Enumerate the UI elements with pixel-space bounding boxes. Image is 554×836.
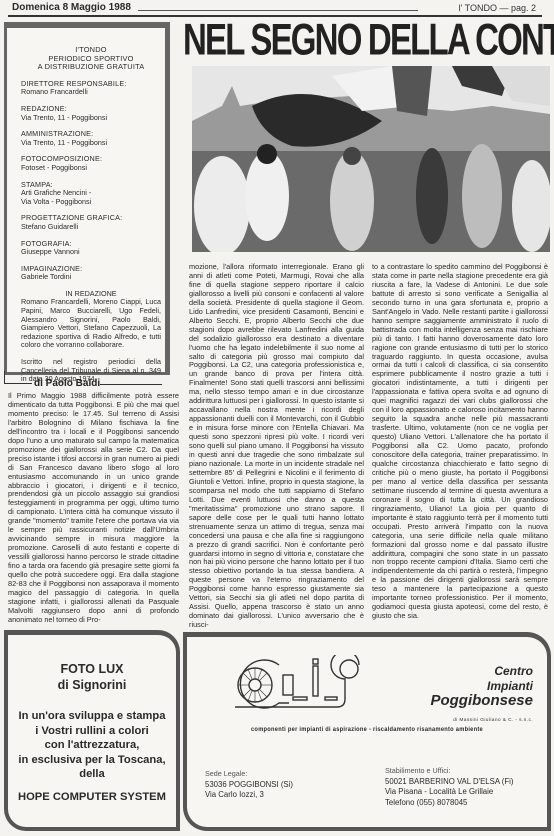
- section-value: Gabriele Tordini: [21, 273, 161, 282]
- masthead-photography: FOTOGRAFIA: Giuseppe Vannoni: [21, 240, 161, 257]
- cip-legal-address: Sede Legale: 53036 POGGIBONSI (Si) Via C…: [205, 769, 293, 801]
- section-value: Via Trento, 11 - Poggibonsi: [21, 114, 161, 123]
- page-number: l' TONDO — pag. 2: [459, 3, 536, 13]
- article-column-1: Il Primo Maggio 1988 difficilmente potrà…: [8, 392, 179, 625]
- headline: NEL SEGNO DELLA CONTINUITÀ: [183, 14, 553, 65]
- address-line: Via Pisana - Località Le Grillaie: [385, 787, 513, 798]
- cip-advertisement: Centro Impianti Poggibonsese di Massini …: [183, 632, 551, 831]
- ad-body-line: in esclusiva per la Toscana,: [8, 753, 176, 768]
- byline-rule-left: [4, 383, 32, 384]
- photo-illustration: [192, 66, 550, 252]
- address-label: Stabilimento e Uffici:: [385, 766, 513, 777]
- ad-body-line: della: [8, 767, 176, 782]
- ad-brand: HOPE COMPUTER SYSTEM: [8, 791, 176, 803]
- ad-body-line: In un'ora sviluppa e stampa: [8, 709, 176, 724]
- masthead-director: DIRETTORE RESPONSABILE: Romano Francarde…: [21, 80, 161, 97]
- article-column-2: mozione, l'allora riformato interregiona…: [189, 263, 364, 630]
- cip-company-name: Centro Impianti Poggibonsese: [430, 664, 533, 709]
- phone-number: Telefono (055) 8078045: [385, 798, 513, 809]
- section-value: Via Trento, 11 - Poggibonsi: [21, 139, 161, 148]
- section-value: Fotoset - Poggibonsi: [21, 164, 161, 173]
- header-divider: [138, 10, 418, 11]
- cip-name-line: Centro: [430, 664, 533, 679]
- fotolux-advertisement: FOTO LUX di Signorini In un'ora sviluppa…: [4, 630, 180, 831]
- masthead-typesetting: FOTOCOMPOSIZIONE: Fotoset - Poggibonsi: [21, 155, 161, 172]
- masthead-layout: IMPAGINAZIONE: Gabriele Tordini: [21, 265, 161, 282]
- ad-body-line: i Vostri rullini a colori: [8, 724, 176, 739]
- section-value: Arti Grafiche Nencini - Via Volta - Pogg…: [21, 189, 161, 206]
- cip-plant-address: Stabilimento e Uffici: 50021 BARBERINO V…: [385, 766, 513, 808]
- address-line: 50021 BARBERINO VAL D'ELSA (Fi): [385, 777, 513, 788]
- byline-rule-right: [100, 384, 162, 385]
- cip-name-line: Impianti: [430, 679, 533, 694]
- byline: di Paolo Baldi: [34, 378, 100, 389]
- address-line: Via Carlo Iozzi, 3: [205, 790, 293, 801]
- issue-date: Domenica 8 Maggio 1988: [12, 2, 131, 13]
- address-label: Sede Legale:: [205, 769, 293, 780]
- ad-business-name: FOTO LUX: [8, 661, 176, 677]
- masthead-box: I'TONDO PERIODICO SPORTIVO A DISTRIBUZIO…: [4, 22, 170, 375]
- masthead-printing: STAMPA: Arti Grafiche Nencini - Via Volt…: [21, 181, 161, 207]
- address-line: 53036 POGGIBONSI (Si): [205, 780, 293, 791]
- ad-body-line: con l'attrezzatura,: [8, 738, 176, 753]
- masthead-title: I'TONDO PERIODICO SPORTIVO A DISTRIBUZIO…: [21, 46, 161, 72]
- cip-tagline: componenti per impianti di aspirazione -…: [201, 726, 532, 733]
- section-value: Stefano Guidarelli: [21, 223, 161, 232]
- section-value: Giuseppe Vannoni: [21, 248, 161, 257]
- crowd-with-flags-photo: [192, 66, 550, 252]
- section-value: Romano Francardelli: [21, 88, 161, 97]
- article-column-3: to a contrastare lo spedito cammino del …: [372, 263, 548, 621]
- in-redazione-text: Romano Francardelli, Moreno Ciappi, Luca…: [21, 298, 161, 350]
- masthead-editorial: REDAZIONE: Via Trento, 11 - Poggibonsi: [21, 105, 161, 122]
- byline-rule-left: [4, 371, 5, 383]
- cip-logo-fan-icon: [227, 655, 367, 715]
- ad-business-owner: di Signorini: [8, 677, 176, 693]
- cip-owner: di Massini Giuliano & C. - s.n.c.: [453, 718, 533, 723]
- ad-body: In un'ora sviluppa e stampa i Vostri rul…: [8, 709, 176, 782]
- masthead-administration: AMMINISTRAZIONE: Via Trento, 11 - Poggib…: [21, 130, 161, 147]
- masthead-graphic-design: PROGETTAZIONE GRAFICA: Stefano Guidarell…: [21, 214, 161, 231]
- masthead-title-line: A DISTRIBUZIONE GRATUITA: [21, 63, 161, 72]
- cip-name-line: Poggibonsese: [430, 693, 533, 709]
